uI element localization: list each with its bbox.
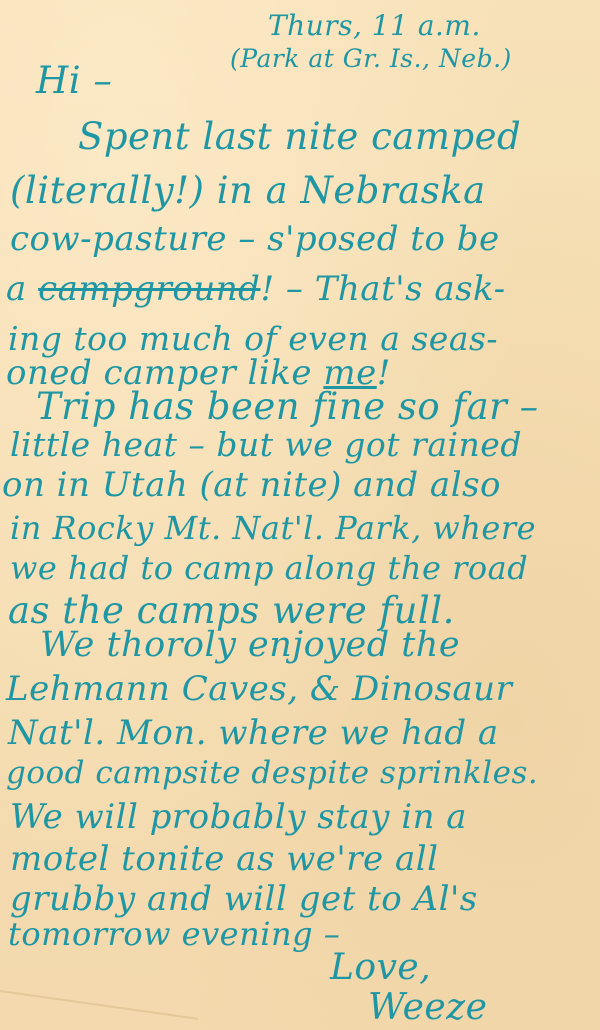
body-line-17: We will probably stay in a [10,800,467,834]
body-line-13: We thoroly enjoyed the [40,628,460,663]
body-line-1: Spent last nite camped [78,118,521,155]
line-4-suffix: ! – That's ask- [260,269,505,309]
body-line-19: grubby and will get to Al's [10,882,478,916]
body-line-16: good campsite despite sprinkles. [6,758,538,789]
struck-word-campground: campground [38,269,260,309]
body-line-15: Nat'l. Mon. where we had a [8,716,499,750]
body-line-2: (literally!) in a Nebraska [10,172,486,209]
body-line-14: Lehmann Caves, & Dinosaur [6,672,512,706]
line-4-prefix: a [6,269,38,309]
body-line-8: little heat – but we got rained [10,428,522,461]
postcard: Thurs, 11 a.m. (Park at Gr. Is., Neb.) H… [0,0,600,1030]
body-line-7: Trip has been fine so far – [36,388,539,425]
body-line-4: a campground! – That's ask- [6,272,506,306]
body-line-11: we had to camp along the road [10,552,528,584]
body-line-3: cow-pasture – s'posed to be [10,222,500,256]
body-line-5: ing too much of even a seas- [8,322,498,355]
body-line-10: in Rocky Mt. Nat'l. Park, where [10,512,536,544]
paper-crease [0,990,198,1020]
body-line-9: on in Utah (at nite) and also [2,468,501,502]
header-day-time: Thurs, 11 a.m. [268,12,481,40]
body-line-20: tomorrow evening – [8,918,340,950]
body-line-12: as the camps were full. [8,592,455,629]
greeting: Hi – [36,62,112,99]
header-location: (Park at Gr. Is., Neb.) [230,46,512,71]
signature: Weeze [368,990,487,1026]
body-line-18: motel tonite as we're all [10,842,438,876]
closing: Love, [330,950,431,986]
